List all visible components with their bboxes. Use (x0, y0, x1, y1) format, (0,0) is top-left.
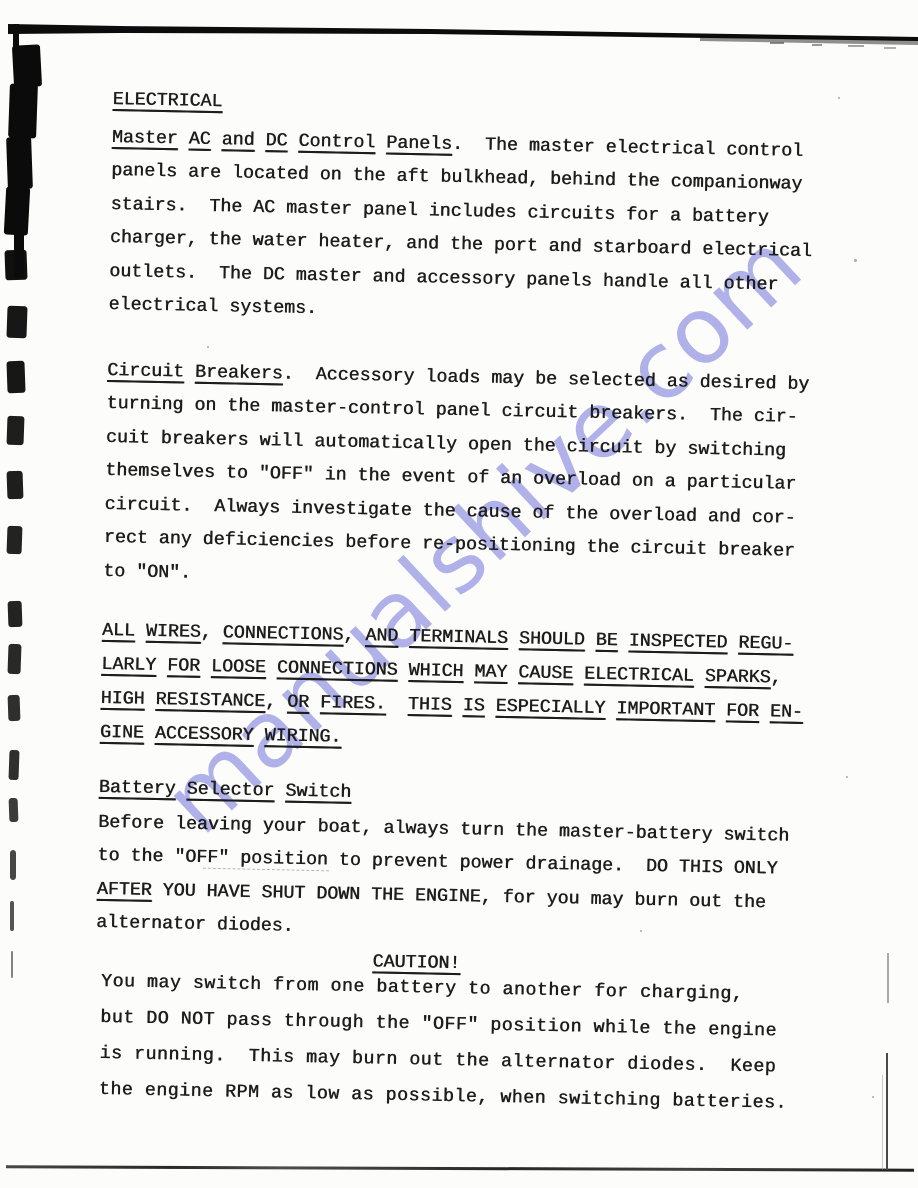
para-circuit-breakers: Circuit Breakers. Accessory loads may be… (103, 354, 780, 602)
para-master-panels: Master AC and DC Control Panels. The mas… (108, 121, 784, 335)
para-battery-selector: Before leaving your boat, always turn th… (96, 806, 771, 953)
speck-artifact (846, 776, 848, 778)
scanned-manual-page: { "page": { "paper_color": "#fcfcfa", "i… (0, 0, 918, 1188)
para-caution: You may switch from one battery to anoth… (92, 964, 767, 1121)
speck-artifact (854, 259, 857, 262)
speck-artifact (838, 97, 840, 99)
right-scratch-artifact (886, 1053, 888, 1170)
speck-artifact (872, 1096, 874, 1098)
right-scratch-artifact (882, 1075, 883, 1170)
para-wiring-warning: ALL WIRES, CONNECTIONS, AND TERMINALS SH… (100, 614, 775, 763)
document-text: ELECTRICALMaster AC and DC Control Panel… (92, 84, 784, 1121)
right-scratch-artifact (887, 953, 889, 1003)
speck-artifact (207, 346, 209, 348)
speck-artifact (640, 930, 642, 932)
